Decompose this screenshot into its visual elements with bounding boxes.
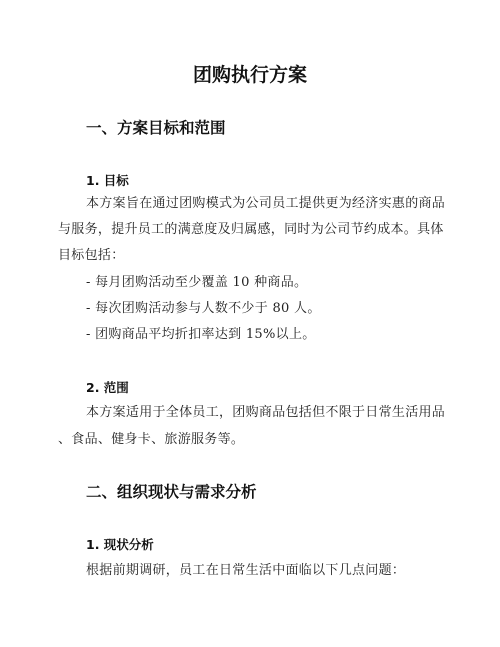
document-title: 团购执行方案 bbox=[0, 62, 500, 88]
paragraph-line: 本方案旨在通过团购模式为公司员工提供更为经济实惠的商品 bbox=[86, 195, 445, 213]
paragraph-line: 根据前期调研，员工在日常生活中面临以下几点问题： bbox=[86, 562, 405, 580]
goal-bullet: - 团购商品平均折扣率达到 15%以上。 bbox=[86, 326, 316, 344]
subsection-heading-status: 1. 现状分析 bbox=[86, 536, 154, 554]
paragraph-line: 本方案适用于全体员工，团购商品包括但不限于日常生活用品 bbox=[86, 404, 445, 422]
paragraph-line: 、食品、健身卡、旅游服务等。 bbox=[58, 431, 244, 449]
goal-bullet: - 每次团购活动参与人数不少于 80 人。 bbox=[86, 300, 321, 318]
goal-bullet: - 每月团购活动至少覆盖 10 种商品。 bbox=[86, 274, 307, 292]
subsection-heading-scope: 2. 范围 bbox=[86, 379, 129, 397]
section-heading-goals-scope: 一、方案目标和范围 bbox=[86, 117, 226, 139]
paragraph-line: 与服务，提升员工的满意度及归属感，同时为公司节约成本。具体 bbox=[58, 221, 444, 239]
paragraph-line: 目标包括： bbox=[58, 247, 125, 265]
subsection-heading-goals: 1. 目标 bbox=[86, 172, 129, 190]
section-heading-status-analysis: 二、组织现状与需求分析 bbox=[86, 481, 257, 503]
